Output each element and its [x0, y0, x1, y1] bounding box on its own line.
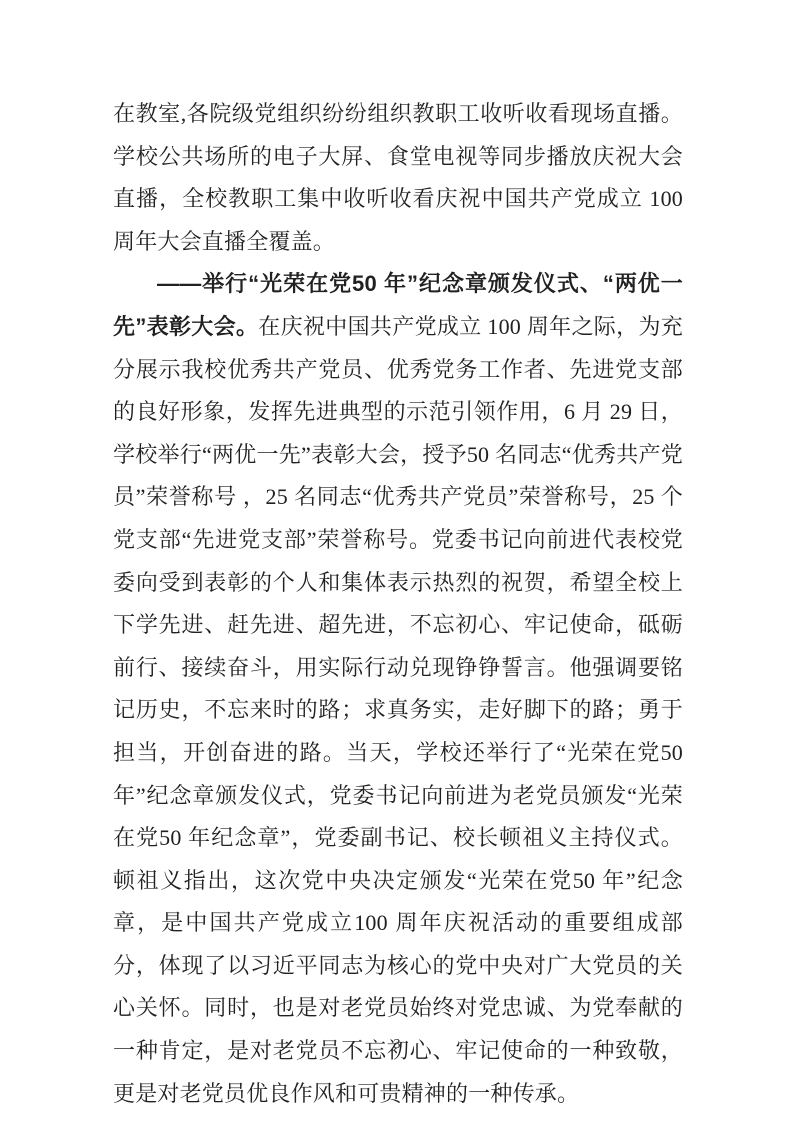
continuation-paragraph: 在教室,各院级党组织纷纷组织教职工收听收看现场直播。学校公共场所的电子大屏、食堂… — [113, 93, 683, 263]
page-number: 3 — [0, 1036, 794, 1054]
document-body: 在教室,各院级党组织纷纷组织教职工收听收看现场直播。学校公共场所的电子大屏、食堂… — [113, 93, 683, 1115]
document-page: 在教室,各院级党组织纷纷组织教职工收听收看现场直播。学校公共场所的电子大屏、食堂… — [0, 0, 794, 1123]
paragraph-text: 在教室,各院级党组织纷纷组织教职工收听收看现场直播。学校公共场所的电子大屏、食堂… — [113, 101, 683, 254]
paragraph-text: 在庆祝中国共产党成立 100 周年之际，为充分展示我校优秀共产党员、优秀党务工作… — [113, 314, 683, 1106]
commendation-paragraph: ——举行“光荣在党50 年”纪念章颁发仪式、“两优一先”表彰大会。在庆祝中国共产… — [113, 263, 683, 1115]
